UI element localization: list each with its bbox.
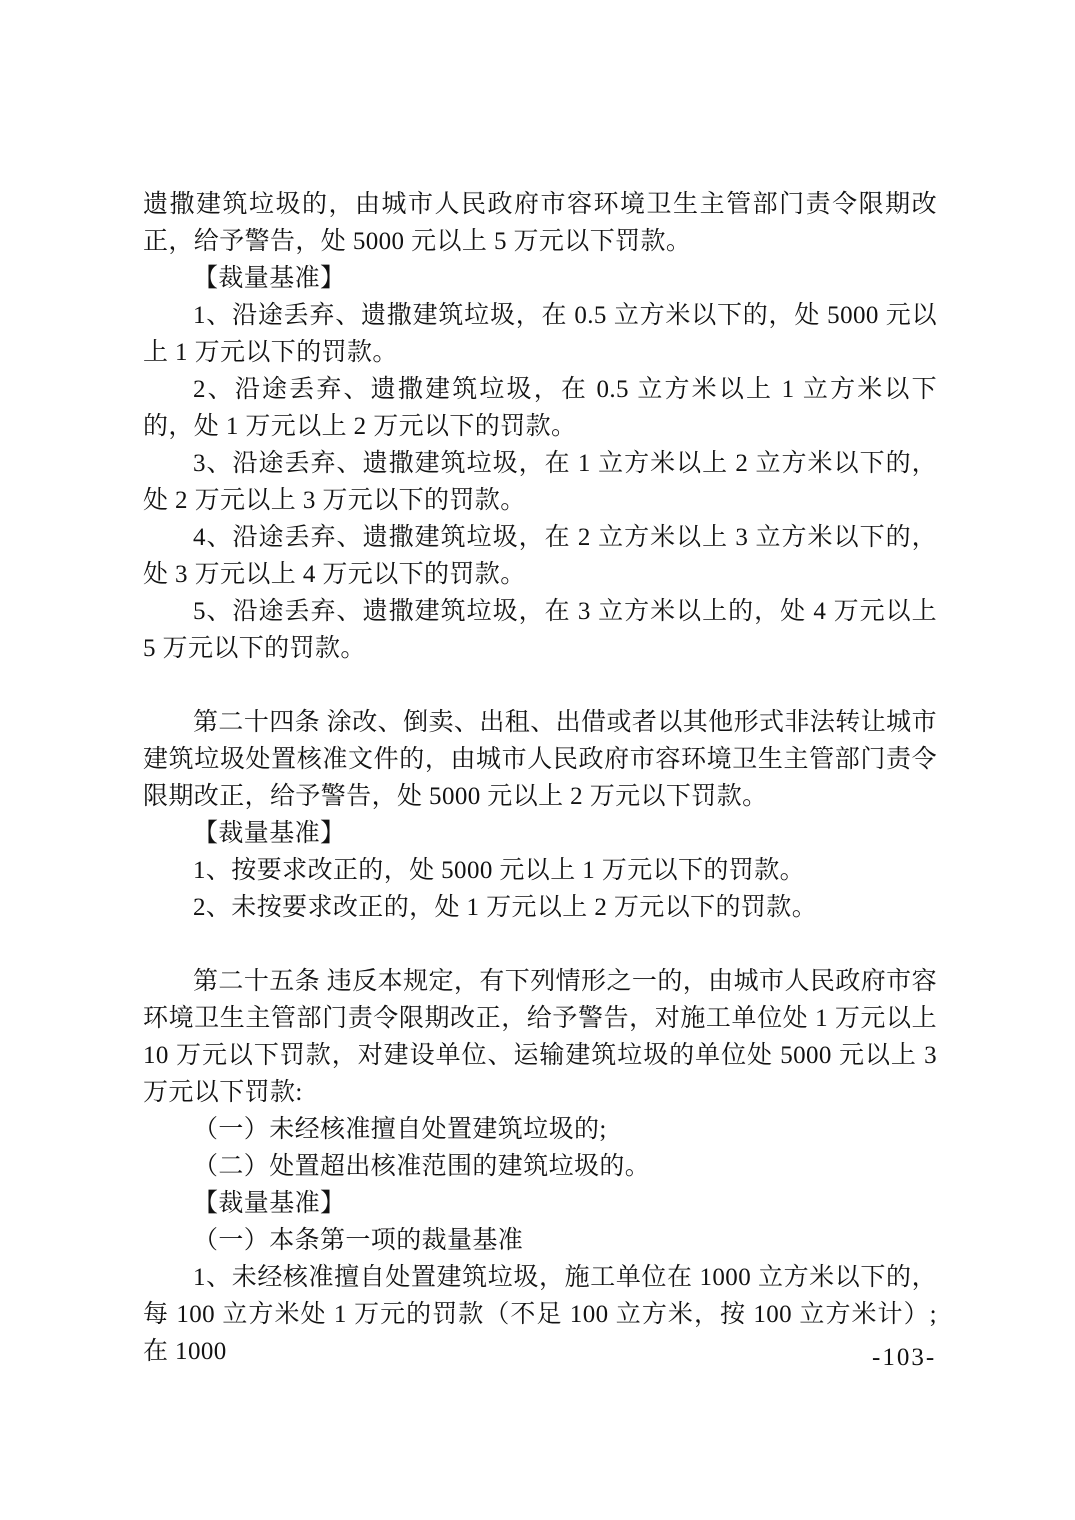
article-25-basis-item-1: 1、未经核准擅自处置建筑垃圾，施工单位在 1000 立方米以下的，每 100 立… [143, 1259, 937, 1370]
article-25-paragraph: 第二十五条 违反本规定，有下列情形之一的，由城市人民政府市容环境卫生主管部门责令… [143, 963, 937, 1111]
article-25-clause-1: （一）未经核准擅自处置建筑垃圾的; [143, 1111, 937, 1148]
discretion-item-1: 1、沿途丢弃、遗撒建筑垃圾，在 0.5 立方米以下的，处 5000 元以上 1 … [143, 297, 937, 371]
page-number: -103- [872, 1344, 936, 1372]
document-text-block: 遗撒建筑垃圾的，由城市人民政府市容环境卫生主管部门责令限期改正，给予警告，处 5… [143, 186, 937, 1370]
discretion-item-2: 2、沿途丢弃、遗撒建筑垃圾，在 0.5 立方米以上 1 立方米以下的，处 1 万… [143, 371, 937, 445]
article-24-paragraph: 第二十四条 涂改、倒卖、出租、出借或者以其他形式非法转让城市建筑垃圾处置核准文件… [143, 704, 937, 815]
article-24-item-2: 2、未按要求改正的，处 1 万元以上 2 万元以下的罚款。 [143, 889, 937, 926]
article-25-basis-subheading: （一）本条第一项的裁量基准 [143, 1222, 937, 1259]
paragraph-continuation: 遗撒建筑垃圾的，由城市人民政府市容环境卫生主管部门责令限期改正，给予警告，处 5… [143, 186, 937, 260]
discretion-item-5: 5、沿途丢弃、遗撒建筑垃圾，在 3 立方米以上的，处 4 万元以上 5 万元以下… [143, 593, 937, 667]
article-25-clause-2: （二）处置超出核准范围的建筑垃圾的。 [143, 1148, 937, 1185]
article-24-item-1: 1、按要求改正的，处 5000 元以上 1 万元以下的罚款。 [143, 852, 937, 889]
document-page: 遗撒建筑垃圾的，由城市人民政府市容环境卫生主管部门责令限期改正，给予警告，处 5… [0, 0, 1075, 1520]
discretion-item-3: 3、沿途丢弃、遗撒建筑垃圾，在 1 立方米以上 2 立方米以下的，处 2 万元以… [143, 445, 937, 519]
discretion-basis-heading-2: 【裁量基准】 [143, 815, 937, 852]
discretion-basis-heading-3: 【裁量基准】 [143, 1185, 937, 1222]
discretion-basis-heading-1: 【裁量基准】 [143, 260, 937, 297]
discretion-item-4: 4、沿途丢弃、遗撒建筑垃圾，在 2 立方米以上 3 立方米以下的，处 3 万元以… [143, 519, 937, 593]
